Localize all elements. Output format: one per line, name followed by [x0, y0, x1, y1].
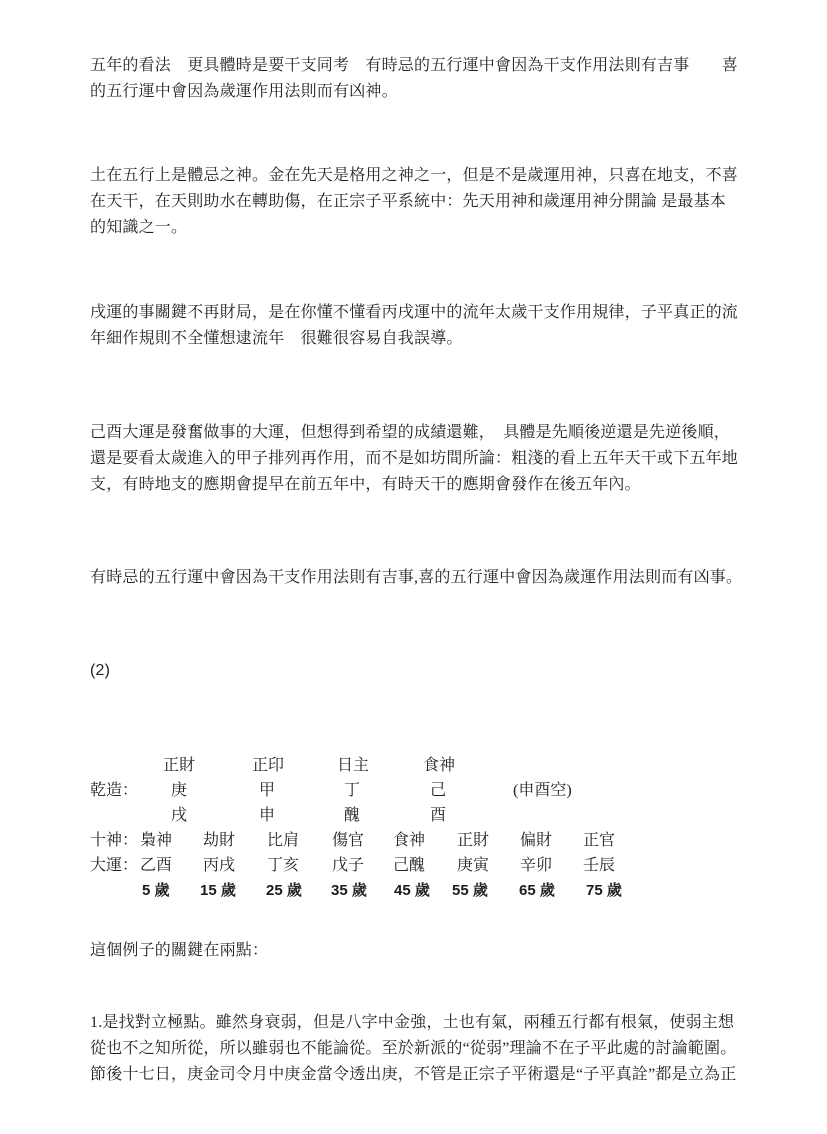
branch: 酉 [430, 803, 446, 828]
paragraph-1: 五年的看法 更具體時是要干支同考 有時忌的五行運中會因為干支作用法則有吉事 喜 … [90, 53, 752, 105]
paragraph-2: 土在五行上是體忌之神。金在先天是格用之神之一，但是不是歲運用神，只喜在地支，不喜… [90, 163, 752, 241]
branch: 戌 [171, 803, 187, 828]
branch: 醜 [344, 803, 360, 828]
luck-pillar: 辛卯 [520, 853, 552, 878]
ten-god: 劫財 [203, 828, 235, 853]
age: 65 歲 [519, 878, 555, 903]
paragraph-5: 有時忌的五行運中會因為干支作用法則有吉事,喜的五行運中會因為歲運作用法則而有凶事… [90, 565, 752, 591]
dayun-label: 大運： [90, 853, 138, 878]
luck-pillar: 庚寅 [457, 853, 489, 878]
paragraph-3: 戌運的事關鍵不再財局，是在你懂不懂看丙戌運中的流年太歲干支作用規律，子平真正的流… [90, 300, 752, 352]
age: 35 歲 [331, 878, 367, 903]
stem: 己 [430, 778, 446, 803]
paragraph-4: 己酉大運是發奮做事的大運，但想得到希望的成績還難， 具體是先順後逆還是先逆後順，… [90, 420, 752, 498]
ten-god: 比肩 [267, 828, 299, 853]
pillar-header: 正印 [252, 753, 284, 778]
stem: 丁 [344, 778, 360, 803]
luck-pillar: 丁亥 [267, 853, 299, 878]
ten-god: 梟神 [140, 828, 172, 853]
section-number: (2) [90, 658, 752, 684]
age: 55 歲 [452, 878, 488, 903]
void-note: (申酉空) [513, 778, 572, 803]
document-page: 五年的看法 更具體時是要干支同考 有時忌的五行運中會因為干支作用法則有吉事 喜 … [0, 0, 827, 1134]
shishen-label: 十神： [90, 828, 138, 853]
luck-pillar: 壬辰 [583, 853, 615, 878]
pillar-header: 正財 [163, 753, 195, 778]
stem: 甲 [259, 778, 275, 803]
age: 45 歲 [394, 878, 430, 903]
ten-god: 正官 [583, 828, 615, 853]
ten-god: 傷官 [332, 828, 364, 853]
age: 75 歲 [586, 878, 622, 903]
ten-god: 食神 [393, 828, 425, 853]
qianzao-label: 乾造： [90, 778, 138, 803]
luck-pillar: 己醜 [393, 853, 425, 878]
age: 15 歲 [200, 878, 236, 903]
luck-pillar: 丙戌 [203, 853, 235, 878]
age: 25 歲 [266, 878, 302, 903]
pillar-header: 食神 [423, 753, 455, 778]
ten-god: 偏財 [520, 828, 552, 853]
bazi-chart: 正財 正印 日主 食神 乾造： 庚 甲 丁 己 (申酉空) 戌 申 醜 酉 十神… [0, 753, 827, 903]
age: 5 歲 [142, 878, 170, 903]
pillar-header: 日主 [337, 753, 369, 778]
branch: 申 [259, 803, 275, 828]
paragraph-6: 這個例子的關鍵在兩點： [90, 938, 752, 964]
ten-god: 正財 [457, 828, 489, 853]
stem: 庚 [171, 778, 187, 803]
luck-pillar: 戊子 [332, 853, 364, 878]
luck-pillar: 乙酉 [140, 853, 172, 878]
paragraph-7: 1.是找對立極點。雖然身衰弱，但是八字中金強，土也有氣，兩種五行都有根氣，使弱主… [90, 1010, 752, 1088]
